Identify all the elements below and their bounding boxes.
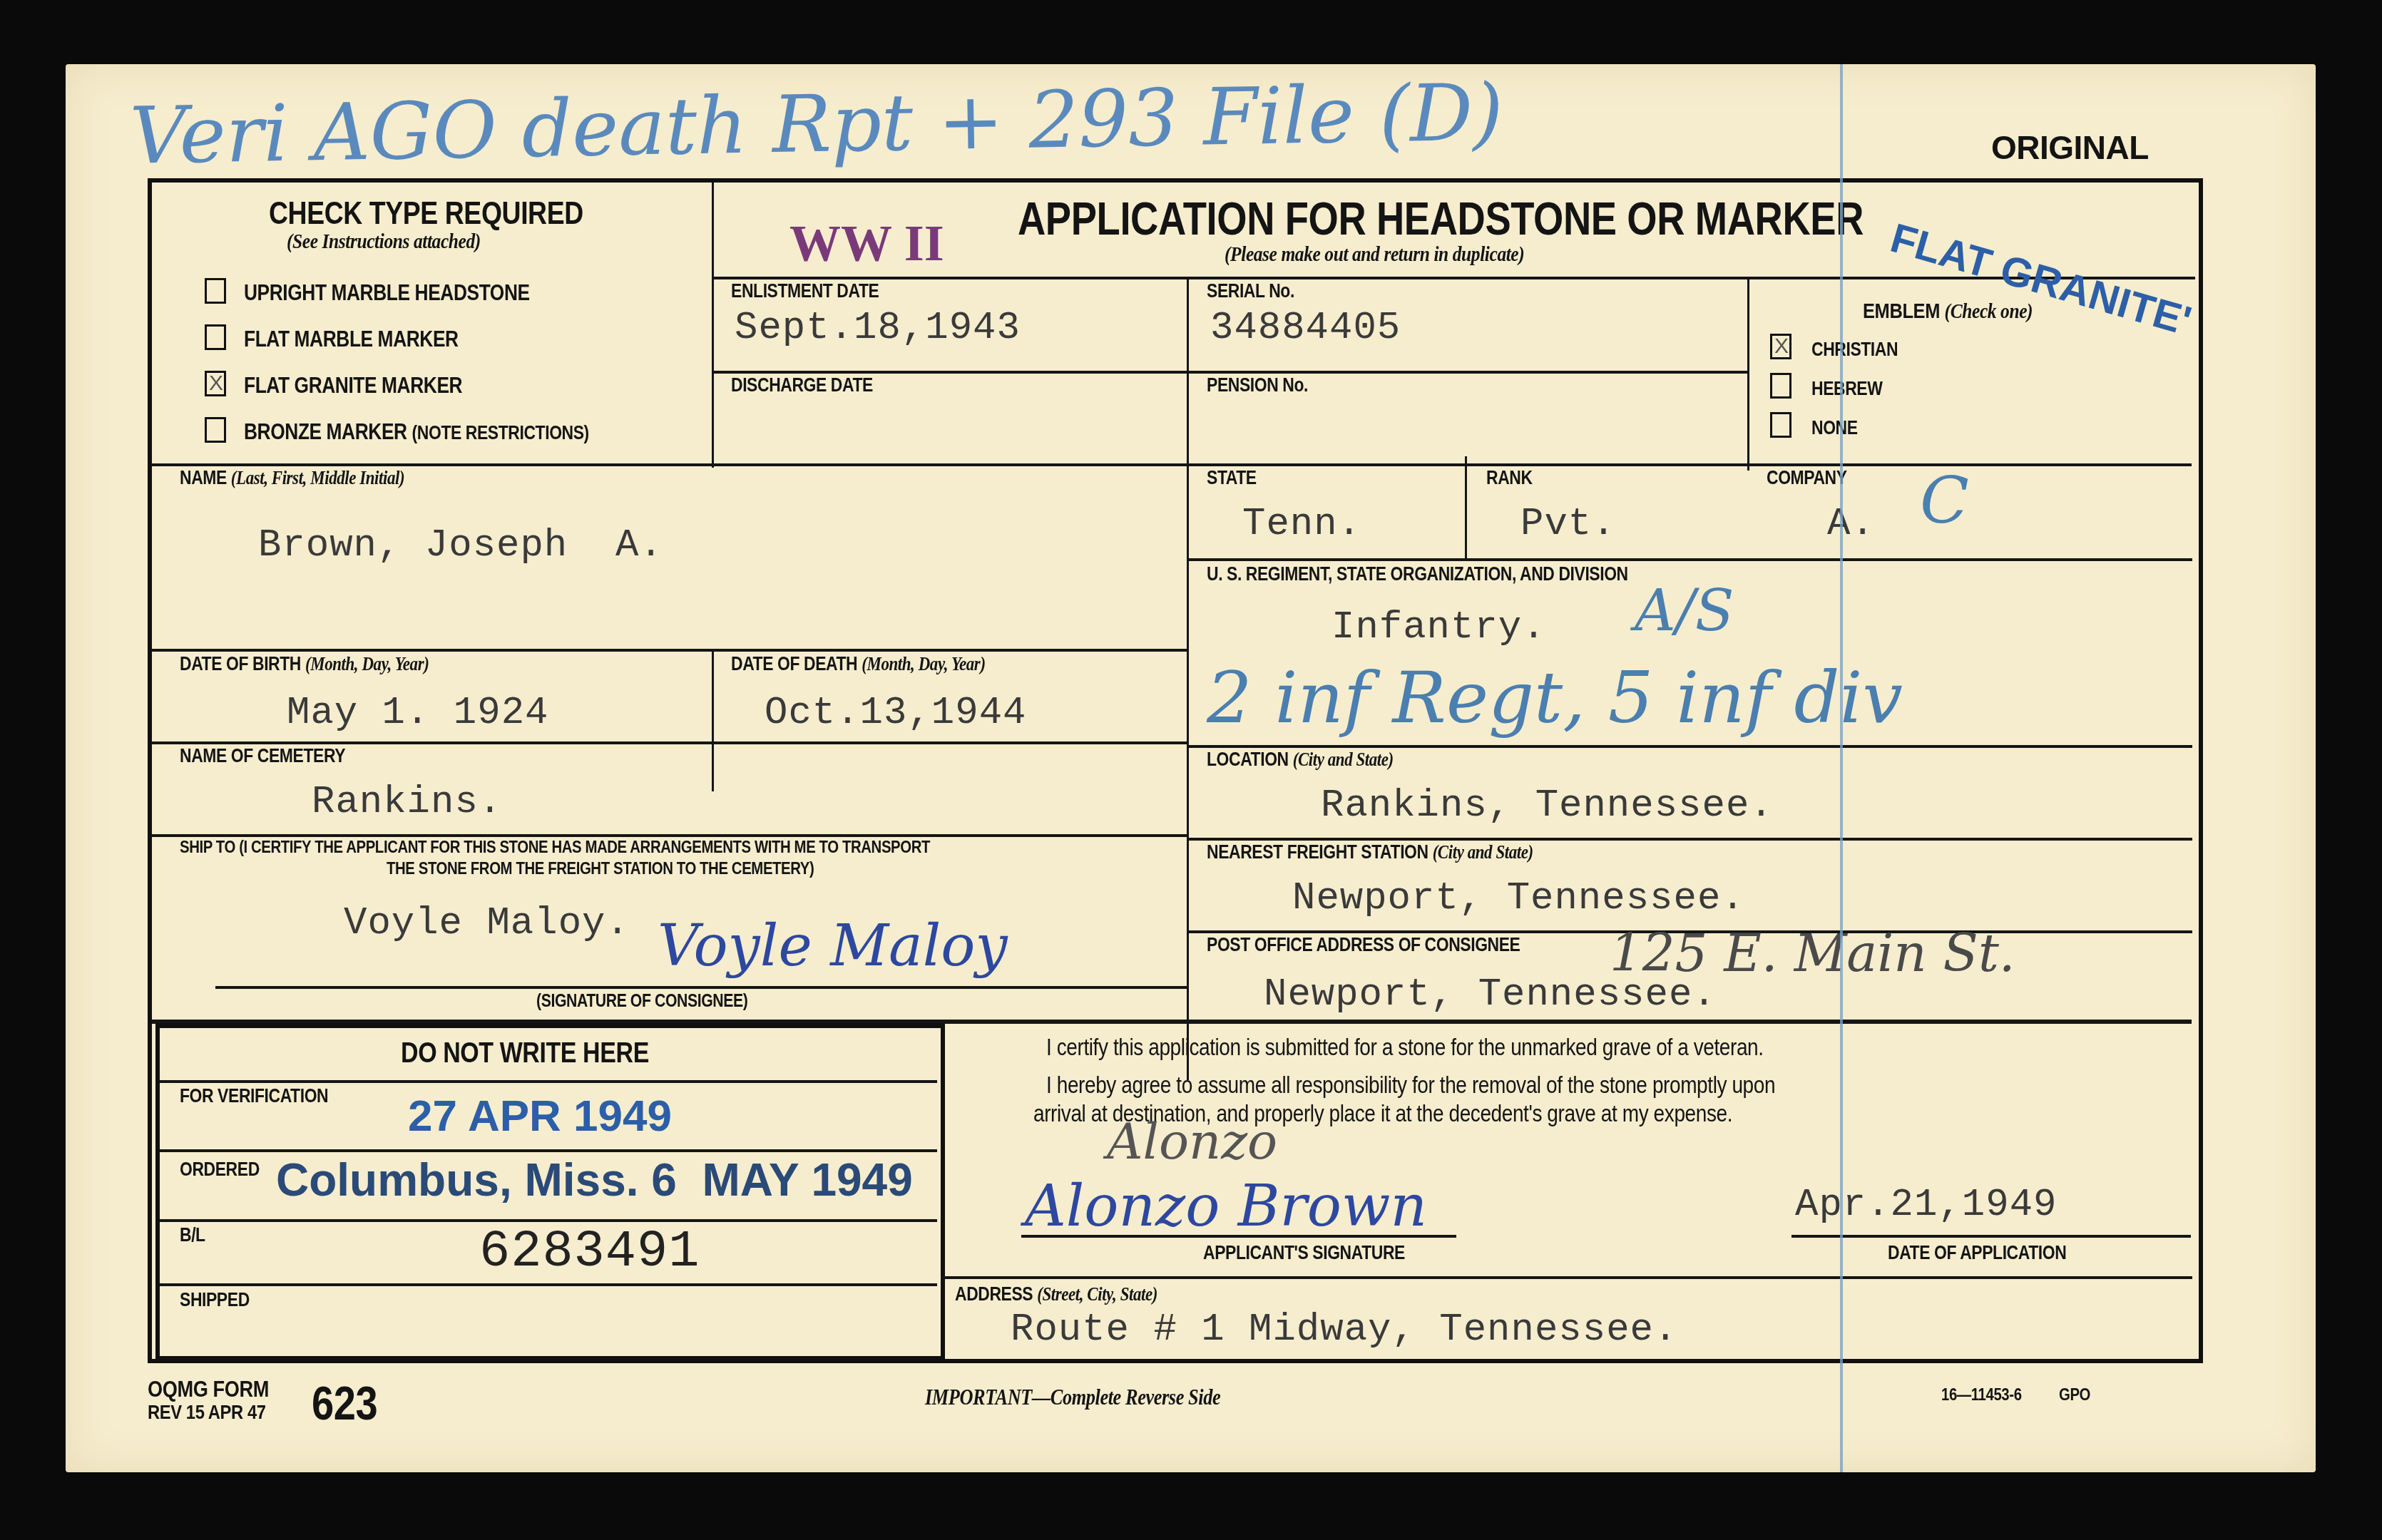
ww2-stamp: WW II <box>789 214 944 273</box>
divider <box>712 183 714 468</box>
field-label: ENLISTMENT DATE <box>731 280 879 302</box>
rule <box>1187 371 1747 374</box>
consignee-signature: Voyle Maloy <box>658 913 1008 979</box>
checkbox[interactable] <box>205 278 226 304</box>
field-label: DATE OF BIRTH (Month, Day, Year) <box>180 653 429 675</box>
applicant-signature-label: APPLICANT'S SIGNATURE <box>1203 1242 1405 1264</box>
consignee-address-value: Newport, Tennessee. <box>1264 973 1717 1017</box>
field-label: NAME (Last, First, Middle Initial) <box>180 467 404 489</box>
field-label: PENSION No. <box>1207 374 1308 396</box>
copy-label: ORIGINAL <box>1991 128 2149 167</box>
rule <box>160 1080 937 1083</box>
divider <box>712 649 714 791</box>
checkbox-checked[interactable] <box>205 371 226 396</box>
checkbox[interactable] <box>1770 373 1791 399</box>
divider <box>1465 456 1467 560</box>
rule <box>215 986 1187 989</box>
form-id-line-2: REV 15 APR 47 <box>148 1401 266 1424</box>
applicant-address-value: Route # 1 Midway, Tennessee. <box>1011 1308 1677 1352</box>
field-label: DATE OF DEATH (Month, Day, Year) <box>731 653 986 675</box>
headstone-application-card: Veri AGO death Rpt + 293 File (D) ORIGIN… <box>66 64 2316 1472</box>
checkbox[interactable] <box>1770 412 1791 438</box>
checkbox-checked[interactable] <box>1770 334 1791 359</box>
rule <box>1021 1235 1456 1238</box>
date-of-application-value: Apr.21,1949 <box>1795 1184 2057 1227</box>
ship-to-value: Voyle Maloy. <box>344 902 630 945</box>
check-option-label: FLAT MARBLE MARKER <box>244 327 459 352</box>
rule <box>160 1149 937 1152</box>
page-title: APPLICATION FOR HEADSTONE OR MARKER <box>1018 192 1864 245</box>
field-label: ADDRESS (Street, City, State) <box>955 1283 1157 1305</box>
emblem-option-label: NONE <box>1811 417 1858 439</box>
regiment-handwritten-unit: 2 inf Regt, 5 inf div <box>1207 656 1903 739</box>
rule <box>712 371 1187 374</box>
check-option-label: FLAT GRANITE MARKER <box>244 373 462 399</box>
divider <box>1747 278 1749 471</box>
company-value: A. <box>1827 503 1875 546</box>
check-type-heading: CHECK TYPE REQUIRED <box>269 196 583 232</box>
verification-date-stamp: 27 APR 1949 <box>408 1091 672 1141</box>
check-type-subheading: (See Instructions attached) <box>287 230 481 254</box>
field-label: COMPANY <box>1767 467 1847 489</box>
state-value: Tenn. <box>1242 503 1361 546</box>
rule <box>1187 745 2192 748</box>
rule <box>941 1276 2192 1279</box>
check-option-label: UPRIGHT MARBLE HEADSTONE <box>244 280 530 306</box>
rule <box>1187 838 2192 841</box>
handwritten-header-note: Veri AGO death Rpt + 293 File (D) <box>129 66 1504 182</box>
applicant-signature: Alonzo Brown <box>1025 1173 1427 1239</box>
rule <box>1791 1235 2191 1238</box>
field-label: SHIP TO (I CERTIFY THE APPLICANT FOR THI… <box>180 838 930 858</box>
field-label: FOR VERIFICATION <box>180 1085 328 1107</box>
enlistment-date-value: Sept.18,1943 <box>735 307 1021 350</box>
blue-pencil-vertical-line <box>1840 64 1843 1472</box>
field-label: RANK <box>1486 467 1533 489</box>
rule <box>152 834 1187 837</box>
field-label: DISCHARGE DATE <box>731 374 873 396</box>
important-note: IMPORTANT—Complete Reverse Side <box>925 1385 1220 1410</box>
field-label: NEAREST FREIGHT STATION (City and State) <box>1207 841 1533 863</box>
rank-value: Pvt. <box>1520 503 1616 546</box>
divider <box>1187 278 1189 1080</box>
ordered-stamp: Columbus, Miss. 6 MAY 1949 <box>276 1154 913 1206</box>
field-label: ORDERED <box>180 1159 260 1181</box>
certification-line-2a: I hereby agree to assume all responsibil… <box>1046 1072 1775 1099</box>
field-label: NAME OF CEMETERY <box>180 745 345 767</box>
applicant-signature-correction: Alonzo <box>1107 1112 1277 1171</box>
rule <box>152 463 2192 466</box>
check-option-label: BRONZE MARKER (NOTE RESTRICTIONS) <box>244 419 589 445</box>
regiment-value: Infantry. <box>1331 606 1546 650</box>
field-label: POST OFFICE ADDRESS OF CONSIGNEE <box>1207 934 1520 956</box>
form-id-line-1: OQMG FORM <box>148 1376 269 1402</box>
freight-station-value: Newport, Tennessee. <box>1292 877 1745 920</box>
field-label: SERIAL No. <box>1207 280 1294 302</box>
field-label: THE STONE FROM THE FREIGHT STATION TO TH… <box>387 859 814 879</box>
emblem-option-label: CHRISTIAN <box>1811 339 1898 361</box>
form-number: 623 <box>312 1376 377 1430</box>
date-of-application-label: DATE OF APPLICATION <box>1888 1242 2066 1264</box>
field-label: LOCATION (City and State) <box>1207 749 1394 771</box>
page-subtitle: (Please make out and return in duplicate… <box>1225 242 1524 267</box>
field-label: B/L <box>180 1224 205 1246</box>
office-use-heading: DO NOT WRITE HERE <box>401 1037 649 1069</box>
field-label: U. S. REGIMENT, STATE ORGANIZATION, AND … <box>1207 563 1628 585</box>
name-value: Brown, Joseph A. <box>258 524 663 568</box>
checkbox[interactable] <box>205 324 226 350</box>
emblem-option-label: HEBREW <box>1811 378 1882 400</box>
company-handwritten: C <box>1920 463 1969 538</box>
location-value: Rankins, Tennessee. <box>1321 784 1774 828</box>
printer-mark: GPO <box>2059 1385 2090 1405</box>
date-of-birth-value: May 1. 1924 <box>287 692 548 735</box>
checkbox[interactable] <box>205 417 226 443</box>
field-label: SHIPPED <box>180 1289 250 1311</box>
rule <box>152 741 1187 744</box>
rule <box>152 649 1187 652</box>
bill-of-lading-value: 6283491 <box>479 1223 700 1281</box>
rule <box>160 1219 937 1222</box>
print-code: 16—11453-6 <box>1941 1385 2022 1405</box>
serial-number-value: 34884405 <box>1210 307 1401 350</box>
cemetery-value: Rankins. <box>312 781 502 824</box>
consignee-signature-label: (SIGNATURE OF CONSIGNEE) <box>536 991 747 1012</box>
rule <box>1187 558 2192 561</box>
emblem-heading: EMBLEM (Check one) <box>1863 299 2033 324</box>
field-label: STATE <box>1207 467 1257 489</box>
rule <box>160 1283 937 1286</box>
date-of-death-value: Oct.13,1944 <box>765 692 1026 735</box>
certification-line-1: I certify this application is submitted … <box>1046 1034 1764 1061</box>
regiment-handwritten-note: A/S <box>1635 577 1734 644</box>
